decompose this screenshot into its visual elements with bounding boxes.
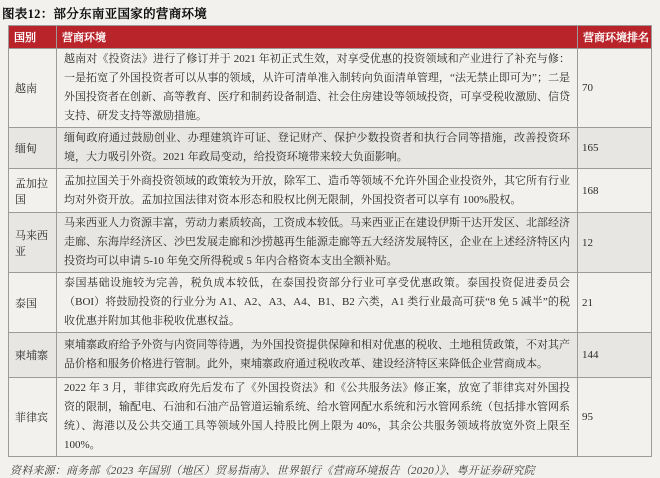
country-cell: 菲律宾 — [9, 378, 57, 457]
figure-title: 图表12：部分东南亚国家的营商环境 — [0, 0, 660, 25]
column-header-environment: 营商环境 — [57, 26, 578, 49]
business-environment-table: 国别 营商环境 营商环境排名 越南 越南对《投资法》进行了修订并于 2021 年… — [8, 25, 652, 457]
environment-cell: 柬埔寨政府给予外资与内资同等待遇，为外国投资提供保障和相对优惠的税收、土地租赁政… — [57, 333, 578, 378]
table-row: 马来西亚 马来西亚人力资源丰富，劳动力素质较高，工资成本较低。马来西亚正在建设伊… — [9, 213, 652, 273]
country-cell: 马来西亚 — [9, 213, 57, 273]
column-header-rank: 营商环境排名 — [578, 26, 652, 49]
rank-cell: 165 — [578, 128, 652, 169]
environment-cell: 2022 年 3 月，菲律宾政府先后发布了《外国投资法》和《公共服务法》修正案，… — [57, 378, 578, 457]
country-cell: 泰国 — [9, 273, 57, 333]
table-row: 泰国 泰国基础设施较为完善，税负成本较低，在泰国投资部分行业可享受优惠政策。泰国… — [9, 273, 652, 333]
table-row: 柬埔寨 柬埔寨政府给予外资与内资同等待遇，为外国投资提供保障和相对优惠的税收、土… — [9, 333, 652, 378]
rank-cell: 12 — [578, 213, 652, 273]
column-header-country: 国别 — [9, 26, 57, 49]
table-row: 菲律宾 2022 年 3 月，菲律宾政府先后发布了《外国投资法》和《公共服务法》… — [9, 378, 652, 457]
rank-cell: 70 — [578, 49, 652, 128]
environment-cell: 泰国基础设施较为完善，税负成本较低，在泰国投资部分行业可享受优惠政策。泰国投资促… — [57, 273, 578, 333]
country-cell: 缅甸 — [9, 128, 57, 169]
table-row: 孟加拉国 孟加拉国关于外商投资领域的政策较为开放，除军工、造币等领域不允许外国企… — [9, 169, 652, 213]
rank-cell: 21 — [578, 273, 652, 333]
country-cell: 柬埔寨 — [9, 333, 57, 378]
rank-cell: 95 — [578, 378, 652, 457]
country-cell: 孟加拉国 — [9, 169, 57, 213]
environment-cell: 越南对《投资法》进行了修订并于 2021 年初正式生效，对享受优惠的投资领域和产… — [57, 49, 578, 128]
environment-cell: 马来西亚人力资源丰富，劳动力素质较高，工资成本较低。马来西亚正在建设伊斯干达开发… — [57, 213, 578, 273]
environment-cell: 孟加拉国关于外商投资领域的政策较为开放，除军工、造币等领域不允许外国企业投资外，… — [57, 169, 578, 213]
table-row: 越南 越南对《投资法》进行了修订并于 2021 年初正式生效，对享受优惠的投资领… — [9, 49, 652, 128]
environment-cell: 缅甸政府通过鼓励创业、办理建筑许可证、登记财产、保护少数投资者和执行合同等措施，… — [57, 128, 578, 169]
table-row: 缅甸 缅甸政府通过鼓励创业、办理建筑许可证、登记财产、保护少数投资者和执行合同等… — [9, 128, 652, 169]
country-cell: 越南 — [9, 49, 57, 128]
source-note: 资料来源：商务部《2023 年国别（地区）贸易指南》、世界银行《营商环境报告（2… — [0, 457, 660, 478]
rank-cell: 144 — [578, 333, 652, 378]
table-header-row: 国别 营商环境 营商环境排名 — [9, 26, 652, 49]
rank-cell: 168 — [578, 169, 652, 213]
